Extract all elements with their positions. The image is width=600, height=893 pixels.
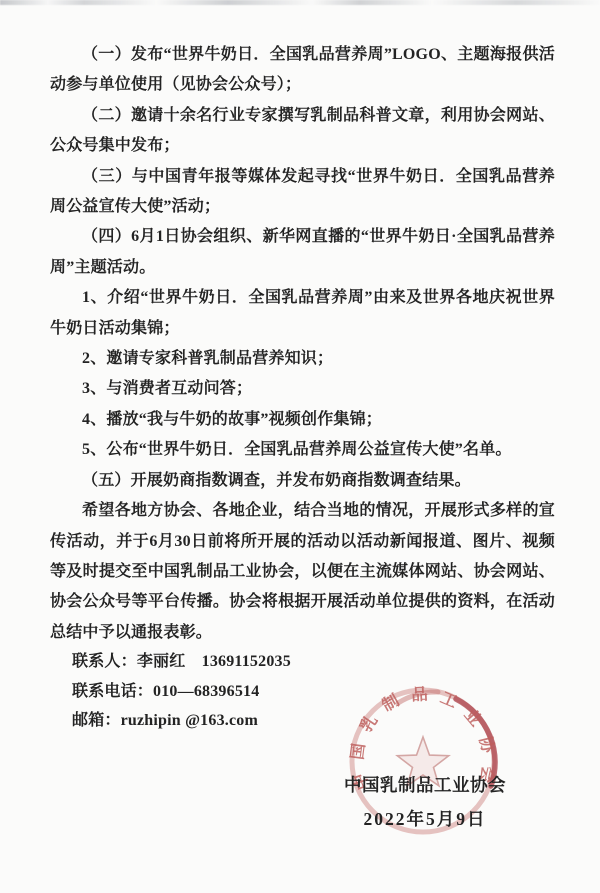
contact-person-value: 李丽红 13691152035 [137, 653, 291, 670]
paragraph-item-2: （二）邀请十余名行业专家撰写乳制品科普文章，利用协会网站、公众号集中发布； [50, 101, 555, 162]
contact-email-value: ruzhipin @163.com [121, 712, 258, 729]
contact-person-row: 联系人：李丽红 13691152035 [72, 647, 291, 677]
contact-phone-label: 联系电话： [72, 683, 153, 700]
scanned-notice-page: { "page": { "background": "#fbfbfa", "in… [0, 0, 600, 893]
contact-phone-value: 010—68396514 [153, 683, 259, 700]
paragraph-closing: 希望各地方协会、各地企业，结合当地的情况，开展形式多样的宣传活动，并于6月30日… [50, 496, 555, 648]
paragraph-sub-item-4: 4、播放“我与牛奶的故事”视频创作集锦； [50, 405, 555, 435]
paragraph-item-5: （五）开展奶商指数调查，并发布奶商指数调查结果。 [50, 466, 555, 496]
paragraph-item-3: （三）与中国青年报等媒体发起寻找“世界牛奶日．全国乳品营养周公益宣传大使”活动； [50, 162, 555, 223]
signature-date: 2022年5月9日 [340, 806, 510, 831]
paragraph-item-4: （四）6月1日协会组织、新华网直播的“世界牛奶日·全国乳品营养周”主题活动。 [50, 222, 555, 283]
paragraph-sub-item-5: 5、公布“世界牛奶日．全国乳品营养周公益宣传大使”名单。 [50, 435, 555, 465]
paragraph-sub-item-2: 2、邀请专家科普乳制品营养知识； [50, 344, 555, 374]
signature-org: 中国乳制品工业协会 [340, 772, 510, 797]
signature-block: 中国乳制品工业协会 2022年5月9日 [340, 772, 510, 831]
contact-email-label: 邮箱： [72, 712, 121, 729]
contact-block: 联系人：李丽红 13691152035 联系电话：010—68396514 邮箱… [72, 647, 291, 736]
paragraph-sub-item-3: 3、与消费者互动问答； [50, 374, 555, 404]
document-body: （一）发布“世界牛奶日．全国乳品营养周”LOGO、主题海报供活动参与单位使用（见… [50, 40, 555, 648]
contact-email-row: 邮箱：ruzhipin @163.com [72, 706, 291, 736]
contact-person-label: 联系人： [72, 653, 137, 670]
paragraph-sub-item-1: 1、介绍“世界牛奶日．全国乳品营养周”由来及世界各地庆祝世界牛奶日活动集锦； [50, 283, 555, 344]
contact-phone-row: 联系电话：010—68396514 [72, 677, 291, 707]
paragraph-item-1: （一）发布“世界牛奶日．全国乳品营养周”LOGO、主题海报供活动参与单位使用（见… [50, 40, 555, 101]
scan-artifact-top-edge [0, 0, 600, 5]
